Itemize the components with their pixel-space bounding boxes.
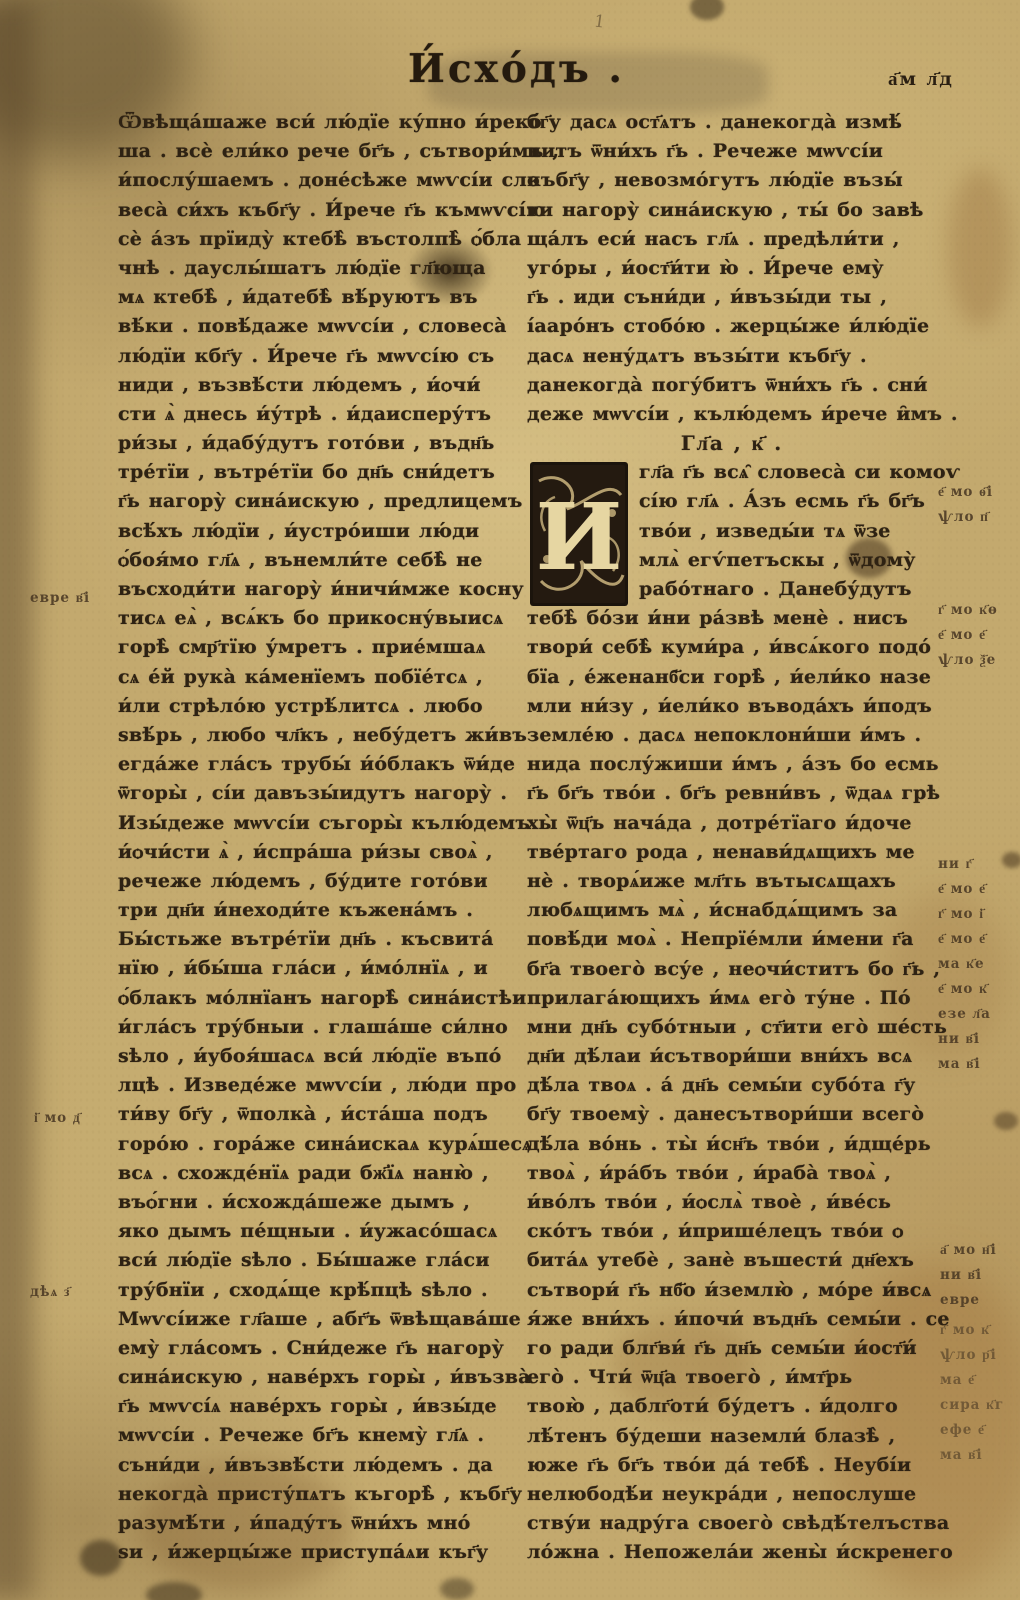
right-column-beside-initial: гл҃а г҃ь всѧ̑ словеса̀ си комоѵсі́ю гл҃ѧ… (639, 458, 937, 604)
text-line: лѣ́тенъ бу́деши наземли́ блазѣ̀ , (527, 1422, 937, 1451)
text-line: ству́и надру́га своего̀ свѣдѣ́телъства (527, 1509, 937, 1538)
margin-ref: а҃ мо н҃і (940, 1238, 997, 1263)
margin-ref: г҃ мо к҃ (940, 1318, 1004, 1343)
running-title: И́схо́дъ . (408, 46, 625, 92)
text-line: ѻ́боя́мо гл҃ѧ , вънемли́те себѣ̀ не (118, 546, 522, 575)
margin-note-right: е҃ мо ѳ҃іѱло п҃ (938, 480, 993, 530)
text-line: бита́ѧ утебѐ , занѐ въшести́ дн҃ехъ (527, 1246, 937, 1275)
text-line: тво́и , изведы́и тѧ ѿзе (639, 517, 937, 546)
margin-ref: евре в҃і (30, 586, 90, 611)
margin-ref: і҃ мо д҃ (34, 1106, 81, 1131)
text-line: ѕвѣ́рь , любо чл҃къ , небу́детъ жи́въ (118, 721, 522, 750)
margin-ref: ни г҃ (938, 852, 991, 877)
text-line: всѣ́хъ лю́дїи , и́устро́иши лю́ди (118, 517, 522, 546)
text-line: прилага́ющихъ и́мѧ его̀ ту́не . По́ (527, 984, 937, 1013)
text-line: тве́ртаго рода , ненави́дѧщихъ ме (527, 838, 937, 867)
text-line: ниди , възвѣ́сти лю́демъ , и́ѻчи́ (118, 371, 522, 400)
stain (440, 1578, 474, 1600)
margin-note-right: ни г҃е҃ мо е҃г҃ мо і҃е҃ мо е҃ма к҃ее҃ мо… (938, 852, 991, 1077)
text-line: хы̀ ѿц҃ъ нача́да , дотре́тїаго и́доче (527, 809, 937, 838)
margin-ref: сира к҃г (940, 1393, 1004, 1418)
text-line: и́гла́съ тру́бныи . глаша́ше си́лно (118, 1013, 522, 1042)
right-column-top: бг҃у дасѧ ост҃ѧтъ . данекогда̀ измѣ́нитъ… (527, 108, 937, 429)
text-line: юже г҃ь бг҃ъ тво́и да́ тебѣ̀ . Неубі́и (527, 1451, 937, 1480)
text-line: дѣ́ла твоѧ . а́ дн҃ь семы́и субо́та г҃у (527, 1071, 937, 1100)
text-line: ему̀ гла́сомъ . Сни́деже г҃ь нагору̀ (118, 1334, 522, 1363)
text-line: его̀ . Чти́ ѿц҃а твоего̀ , и́мт҃рь (527, 1363, 937, 1392)
stain (146, 1582, 202, 1600)
text-line: млѧ̀ егѵ́петъскы , ѿдому̀ (639, 546, 937, 575)
text-line: бг҃у твоему̀ . данесътвори́ши всего̀ (527, 1100, 937, 1129)
text-line: и́ли стрѣло́ю устрѣ́литсѧ . любо (118, 692, 522, 721)
stain (1002, 852, 1020, 868)
text-line: твоѧ̀ , и́ра́бъ тво́и , и́раба̀ твоѧ̀ , (527, 1159, 937, 1188)
chapter-opening: И гл҃а г҃ь всѧ̑ словеса̀ си комоѵсі́ю гл… (527, 458, 937, 604)
margin-note-left: евре в҃і (30, 586, 90, 611)
text-line: любѧщимъ мѧ̀ , и́снабдѧ́щимъ за (527, 896, 937, 925)
text-line: сина́искую , наве́рхъ горы̀ , и́възва̀ (118, 1363, 522, 1392)
text-line: ѕѣло , и́убоя́шасѧ вси́ лю́дїе въпо́ (118, 1042, 522, 1071)
text-line: ѕи , и́жерцы́же приступа́ѧи къг҃у (118, 1538, 522, 1567)
margin-ref: г҃ мо і҃ (938, 902, 991, 927)
text-line: сти ѧ̀ днесь и́у́трѣ . и́даисперу́тъ (118, 400, 522, 429)
text-line: разумѣ́ти , и́паду́тъ ѿни́хъ мно́ (118, 1509, 522, 1538)
book-page-scan: И́схо́дъ . а҃м л҃д 1 Ѿвѣща́шаже вси́ лю́… (0, 0, 1020, 1600)
text-line: тре́тїи , вътре́тїи бо дн҃ь сни́детъ (118, 458, 522, 487)
text-line: Изы́деже мѡѵсі́и съгоры̀ кълю́демъ (118, 809, 522, 838)
text-line: вѣ́ки . повѣ́даже мѡѵсі́и , словеса̀ (118, 312, 522, 341)
text-line: рабо́тнаго . Данебу́дутъ (639, 575, 937, 604)
text-line: въѻ́гни . и́схожда́шеже дымъ , (118, 1188, 522, 1217)
text-line: го ради блг҃ви́ г҃ь дн҃ь семы́и и́ост҃и́ (527, 1334, 937, 1363)
text-line: яко дымъ пе́щныи . и́ужасо́шасѧ (118, 1217, 522, 1246)
text-line: дн҃и дѣ́лаи и́сътвори́ши вни́хъ всѧ (527, 1042, 937, 1071)
margin-ref: е҃ мо к҃ (938, 977, 991, 1002)
text-line: нитъ ѿни́хъ г҃ь . Речеже мѡѵсі́и (527, 137, 937, 166)
right-column: бг҃у дасѧ ост҃ѧтъ . данекогда̀ измѣ́нитъ… (527, 108, 937, 1567)
margin-note-right: г҃ мо к҃ѱло р҃іма е҃сира к҃гефе е҃ма в҃і (940, 1318, 1004, 1468)
margin-ref: ма в҃і (938, 1052, 991, 1077)
text-line: три дн҃и и́неходи́те къжена́мъ . (118, 896, 522, 925)
text-line: ло́жна . Непожела́и жены̀ и́скренего (527, 1538, 937, 1567)
text-line: горѣ̀ смр҃тїю у́мретъ . прие́мшаѧ (118, 633, 522, 662)
text-line: я́же вни́хъ . и́почи́ въдн҃ь семы́и . се (527, 1305, 937, 1334)
margin-ref: ѱло р҃і (940, 1343, 1004, 1368)
text-line: нїю , и́бы́ша гла́си , и́мо́лнїѧ , и (118, 954, 522, 983)
text-line: повѣ́ди моѧ̀ . Непрїе́мли и́мени г҃а (527, 925, 937, 954)
text-line: дѣ́ла во́нь . ты̀ и́сн҃ъ тво́и , и́дще́р… (527, 1130, 937, 1159)
margin-ref: евре (940, 1288, 997, 1313)
margin-ref: ефе е҃ (940, 1418, 1004, 1443)
text-line: веса̀ си́хъ къбг҃у . И́рече г҃ь къмѡѵсі́… (118, 196, 522, 225)
text-line: бг҃у дасѧ ост҃ѧтъ . данекогда̀ измѣ́ (527, 108, 937, 137)
text-line: дасѧ нену́дѧтъ възы́ти къбг҃у . (527, 342, 937, 371)
text-line: нелюбодѣ́и неукра́ди , непослуше (527, 1480, 937, 1509)
text-line: г҃ь . иди съни́ди , и́възы́ди ты , (527, 283, 937, 312)
margin-ref: ма е҃ (940, 1368, 1004, 1393)
margin-ref: е҃ мо е҃ (938, 623, 998, 648)
text-line: Ѿвѣща́шаже вси́ лю́дїе ку́пно и́реко́ (118, 108, 522, 137)
text-line: въсходи́ти нагору̀ и́ничи́мже косну (118, 575, 522, 604)
text-line: ти́ву бг҃у , ѿполка̀ , и́ста́ша подъ (118, 1100, 522, 1129)
text-line: къбг҃у , невозмо́гутъ лю́дїе възы́ (527, 166, 937, 195)
text-line: горо́ю . гора́же сина́искаѧ курѧ́шесѧ (118, 1130, 522, 1159)
text-line: мли ни́зу , и́ели́ко въвода́хъ и́подъ (527, 692, 937, 721)
text-line: нида послу́жиши и́мъ , а́зъ бо есмь (527, 750, 937, 779)
text-line: чнѣ . дауслы́шатъ лю́дїе гл҃юща (118, 254, 522, 283)
text-line: гл҃а г҃ь всѧ̑ словеса̀ си комоѵ (639, 458, 937, 487)
margin-note-right: а҃ мо н҃іни в҃іевре (940, 1238, 997, 1313)
stain (948, 168, 1012, 328)
text-line: ѿгоры̀ , сі́и давъзы́идутъ нагору̀ . (118, 779, 522, 808)
margin-ref: ѱло п҃ (938, 505, 993, 530)
text-line: некогда̀ присту́пѧтъ къгорѣ̀ , къбг҃у (118, 1480, 522, 1509)
text-line: тру́бнїи , сходѧ́ще крѣ́пцѣ ѕѣло . (118, 1276, 522, 1305)
margin-ref: ѱло ѯ҃е (938, 648, 998, 673)
handwritten-numeral: 1 (593, 11, 607, 32)
svg-text:И: И (536, 483, 623, 591)
woodcut-initial-icon: И (529, 461, 629, 607)
text-line: мѡѵсі́и . Речеже бг҃ъ кнему̀ гл҃ѧ . (118, 1421, 522, 1450)
margin-ref: ма в҃і (940, 1443, 1004, 1468)
text-line: ско́тъ тво́и , и́прише́лецъ тво́и ѻ (527, 1217, 937, 1246)
margin-note-right: г҃ мо к҃ѳе҃ мо е҃ѱло ѯ҃е (938, 598, 998, 673)
text-line: лцѣ . Изведе́же мѡѵсі́и , лю́ди про (118, 1071, 522, 1100)
text-line: твою̀ , даблг҃оти́ бу́детъ . и́долго (527, 1392, 937, 1421)
text-line: сі́ю гл҃ѧ . А́зъ есмь г҃ь бг҃ъ (639, 487, 937, 516)
text-line: тисѧ еѧ̀ , всѧ́къ бо прикосну́выисѧ (118, 604, 522, 633)
text-line: ти нагору̀ сина́искую , ты́ бо завѣ (527, 196, 937, 225)
folio-mark: а҃м л҃д (888, 68, 954, 91)
left-column: Ѿвѣща́шаже вси́ лю́дїе ку́пно и́реко́ша … (118, 108, 522, 1567)
margin-ref: е҃ мо е҃ (938, 927, 991, 952)
margin-ref: езе л҃а (938, 1002, 991, 1027)
text-line: сѧ е́й рука̀ ка́менїемъ побїе́тсѧ , (118, 663, 522, 692)
text-line: уго́ры , и́ост҃и́ти ю̀ . И́рече ему̀ (527, 254, 937, 283)
text-line: земле́ю . дасѧ непоклони́ши и́мъ . (527, 721, 937, 750)
text-line: г҃ь нагору̀ сина́искую , предлицемъ (118, 487, 522, 516)
text-line: тебѣ̀ бо́зи и́ни ра́звѣ менѐ . нисъ (527, 604, 937, 633)
text-line: вси́ лю́дїе ѕѣло . Бы́шаже гла́си (118, 1246, 522, 1275)
text-line: бг҃а твоего̀ всу́е , неѻчи́ститъ бо г҃ь … (527, 955, 937, 984)
text-line: бїа , е́женанб҃си горѣ̀ , и́ели́ко назе (527, 663, 937, 692)
text-line: твори́ себѣ̀ куми́ра , и́всѧ́кого подо́ (527, 633, 937, 662)
margin-ref: г҃ мо к҃ѳ (938, 598, 998, 623)
text-line: нѐ . творѧ́иже мл҃ть вътысѧщахъ (527, 867, 937, 896)
margin-ref: ни в҃і (938, 1027, 991, 1052)
stain (0, 0, 34, 1600)
text-line: ѻ́блакъ мо́лнїанъ нагорѣ̀ сина́истѣи (118, 984, 522, 1013)
margin-ref: дѣѧ з҃ (30, 1280, 70, 1305)
text-line: деже мѡѵсі́и , кълю́демъ и́рече и̑мъ . (527, 400, 937, 429)
text-line: г҃ь мѡѵсі́ѧ наве́рхъ горы̀ , и́взы́де (118, 1392, 522, 1421)
text-line: данекогда̀ погу́битъ ѿни́хъ г҃ь . сни́ (527, 371, 937, 400)
margin-note-left: дѣѧ з҃ (30, 1280, 70, 1305)
text-line: г҃ь бг҃ъ тво́и . бг҃ъ ревни́въ , ѿдаѧ гр… (527, 779, 937, 808)
text-line: Бы́стьже вътре́тїи дн҃ь . късвита́ (118, 925, 522, 954)
text-line: речеже лю́демъ , бу́дите гото́ви (118, 867, 522, 896)
text-line: сѐ а́зъ прїиду̀ ктебѣ̀ въстолпѣ̀ ѻ́бла (118, 225, 522, 254)
text-line: ри́зы , и́дабу́дутъ гото́ви , въдн҃ь (118, 429, 522, 458)
text-line: Мѡѵсі́иже гл҃аше , абг҃ъ ѿвѣщава́ше (118, 1305, 522, 1334)
text-line: и́послу́шаемъ . доне́сѣже мѡѵсі́и сло (118, 166, 522, 195)
text-line: съни́ди , и́възвѣ́сти лю́демъ . да (118, 1451, 522, 1480)
margin-ref: ни в҃і (940, 1263, 997, 1288)
text-line: егда́же гла́съ трубы́ и́о́блакъ ѿи́де (118, 750, 522, 779)
margin-ref: ма к҃е (938, 952, 991, 977)
text-line: ша . всѐ ели́ко рече бг҃ъ , сътвори́мъ , (118, 137, 522, 166)
text-line: и́во́лъ тво́и , и́ѻслѧ̀ твоѐ , и́ве́сь (527, 1188, 937, 1217)
margin-ref: е҃ мо е҃ (938, 877, 991, 902)
text-line: и́ѻчи́сти ѧ̀ , и́спра́ша ри́зы своѧ̀ , (118, 838, 522, 867)
stain (80, 1540, 122, 1576)
text-line: сътвори́ г҃ь нб҃о и́землю̀ , мо́ре и́всѧ (527, 1276, 937, 1305)
text-line: мѧ ктебѣ̀ , и́датебѣ̀ вѣ́руютъ въ (118, 283, 522, 312)
margin-note-left: і҃ мо д҃ (34, 1106, 81, 1131)
text-line: всѧ . схожде́нїѧ ради бж҃їѧ наню̀ , (118, 1159, 522, 1188)
stain (994, 1112, 1018, 1130)
text-line: і́ааро́нъ стобо́ю . жерцы́же и́лю́дїе (527, 312, 937, 341)
margin-ref: е҃ мо ѳ҃і (938, 480, 993, 505)
chapter-heading: Гл҃а , к҃ . (527, 429, 937, 458)
text-line: ща́лъ еси́ насъ гл҃ѧ . предѣли́ти , (527, 225, 937, 254)
right-column-bottom: тебѣ̀ бо́зи и́ни ра́звѣ менѐ . нисътвори… (527, 604, 937, 1567)
text-line: лю́дїи кбг҃у . И́рече г҃ь мѡѵсі́ю съ (118, 342, 522, 371)
text-line: мни дн҃ь субо́тныи , ст҃ити его̀ ше́сть (527, 1013, 937, 1042)
stain (690, 0, 724, 20)
